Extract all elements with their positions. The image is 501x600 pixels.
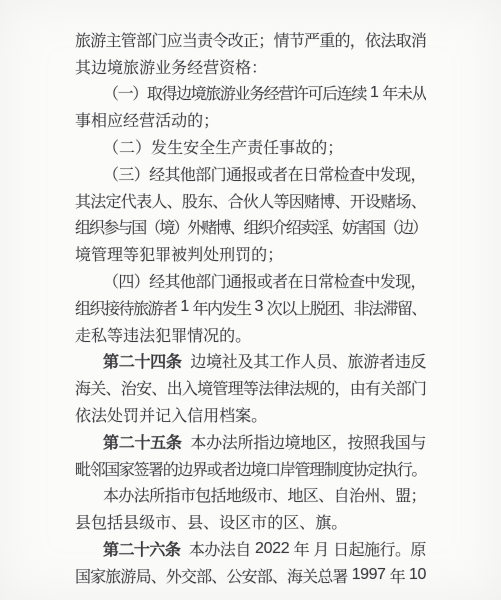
text-line: 组织参与国（境）外赌博、组织介绍卖淫、妨害国（边） (75, 214, 426, 241)
text-line: 本办法所指市包括地级市、地区、自治州、盟； (75, 482, 426, 509)
text-line: 组织接待旅游者 1 年内发生 3 次以上脱团、非法滞留、 (75, 294, 426, 321)
text-line: 县包括县级市、县、设区市的区、旗。 (75, 508, 426, 535)
text-line: 其法定代表人、股东、合伙人等因赌博、开设赌场、 (75, 187, 426, 214)
text-line: 走私等违法犯罪情况的。 (75, 321, 426, 348)
text-line: 依法处罚并记入信用档案。 (75, 401, 426, 428)
text-line: 海关、治安、出入境管理等法律法规的，由有关部门 (75, 374, 426, 401)
document-page: 旅游主管部门应当责令改正；情节严重的，依法取消其边境旅游业务经营资格：（一）取得… (0, 0, 501, 600)
text-line: 第二十四条 边境社及其工作人员、旅游者违反 (75, 348, 426, 375)
text-line: 境管理等犯罪被判处刑罚的； (75, 240, 426, 267)
text-line: （二）发生安全生产责任事故的； (75, 133, 426, 160)
text-line: 事相应经营活动的； (75, 106, 426, 133)
text-line: 国家旅游局、外交部、公安部、海关总署 1997 年 10 (75, 562, 426, 589)
text-line: （四）经其他部门通报或者在日常检查中发现， (75, 267, 426, 294)
text-line: 第二十六条 本办法自 2022 年 月 日起施行。原 (75, 535, 426, 562)
text-line: 第二十五条 本办法所指边境地区，按照我国与 (75, 428, 426, 455)
document-body: 旅游主管部门应当责令改正；情节严重的，依法取消其边境旅游业务经营资格：（一）取得… (75, 26, 426, 589)
text-line: 其边境旅游业务经营资格： (75, 53, 426, 80)
text-line: 旅游主管部门应当责令改正；情节严重的，依法取消 (75, 26, 426, 53)
text-line: （三）经其他部门通报或者在日常检查中发现， (75, 160, 426, 187)
text-line: （一）取得边境旅游业务经营许可后连续 1 年未从 (75, 80, 426, 107)
text-line: 毗邻国家签署的边界或者边境口岸管理制度协定执行。 (75, 455, 426, 482)
